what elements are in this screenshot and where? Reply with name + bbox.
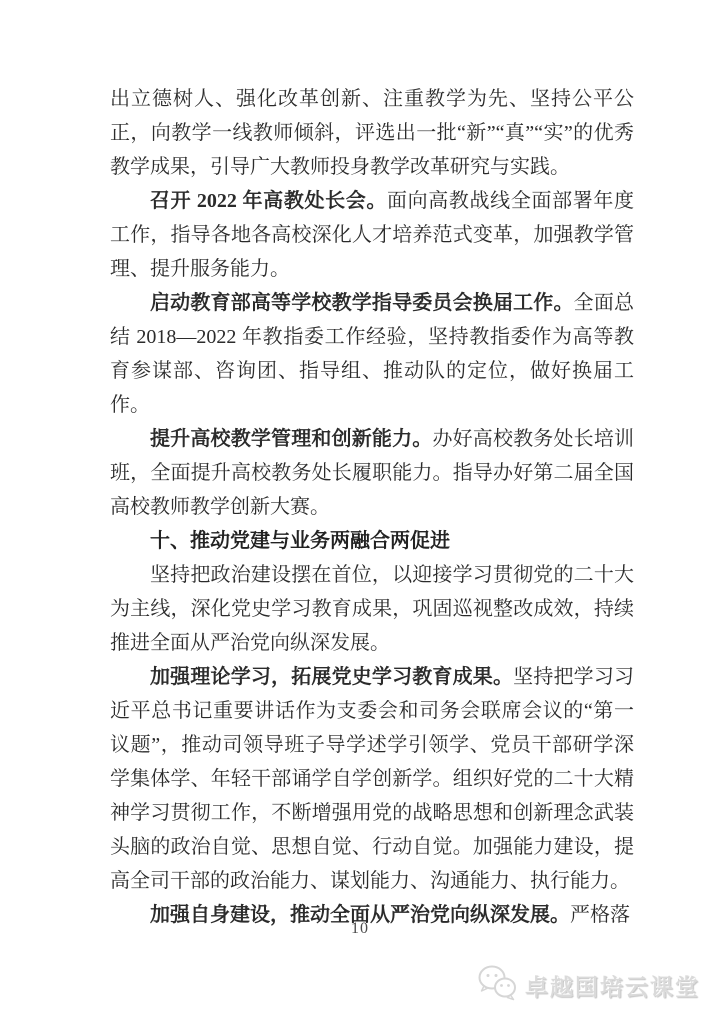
- page-number: 10: [0, 920, 720, 938]
- section-heading: 十、推动党建与业务两融合两促进: [110, 524, 634, 558]
- paragraph-lead-bold: 召开 2022 年高教处长会。: [150, 190, 387, 212]
- paragraph: 出立德树人、强化改革创新、注重教学为先、坚持公平公正，向教学一线教师倾斜，评选出…: [110, 82, 634, 184]
- watermark: 卓越国培云课堂: [476, 964, 700, 1007]
- paragraph-text: 坚持把学习习近平总书记重要讲话作为支委会和司务会联席会议的“第一议题”，推动司领…: [110, 666, 634, 892]
- wechat-icon: [476, 964, 518, 1007]
- paragraph-text: 出立德树人、强化改革创新、注重教学为先、坚持公平公正，向教学一线教师倾斜，评选出…: [110, 88, 634, 178]
- document-body: 出立德树人、强化改革创新、注重教学为先、坚持公平公正，向教学一线教师倾斜，评选出…: [110, 82, 634, 932]
- document-page: 出立德树人、强化改革创新、注重教学为先、坚持公平公正，向教学一线教师倾斜，评选出…: [0, 0, 720, 1018]
- paragraph-text: 十、推动党建与业务两融合两促进: [150, 530, 450, 552]
- paragraph: 提升高校教学管理和创新能力。办好高校教务处长培训班，全面提升高校教务处长履职能力…: [110, 422, 634, 524]
- paragraph-lead-bold: 加强理论学习，拓展党史学习教育成果。: [150, 666, 513, 688]
- paragraph: 加强理论学习，拓展党史学习教育成果。坚持把学习习近平总书记重要讲话作为支委会和司…: [110, 660, 634, 898]
- paragraph: 启动教育部高等学校教学指导委员会换届工作。全面总结 2018—2022 年教指委…: [110, 286, 634, 422]
- paragraph: 坚持把政治建设摆在首位，以迎接学习贯彻党的二十大为主线，深化党史学习教育成果，巩…: [110, 558, 634, 660]
- watermark-label: 卓越国培云课堂: [525, 969, 700, 1002]
- paragraph-text: 坚持把政治建设摆在首位，以迎接学习贯彻党的二十大为主线，深化党史学习教育成果，巩…: [110, 564, 634, 654]
- paragraph: 召开 2022 年高教处长会。面向高教战线全面部署年度工作，指导各地各高校深化人…: [110, 184, 634, 286]
- paragraph-lead-bold: 提升高校教学管理和创新能力。: [150, 428, 432, 450]
- paragraph-lead-bold: 启动教育部高等学校教学指导委员会换届工作。: [150, 292, 574, 314]
